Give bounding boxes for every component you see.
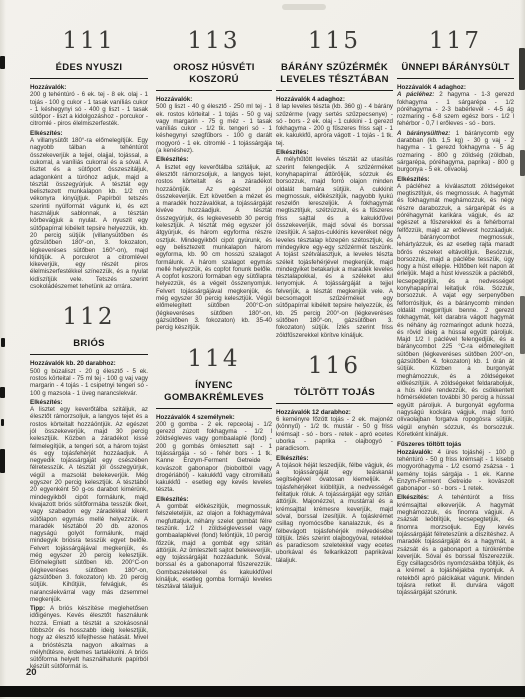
tip-label: Tipp: (30, 605, 45, 612)
recipe-111: 111 ÉDES NYUSZI Hozzávalók: 200 g tehént… (30, 28, 148, 290)
scan-artifact (0, 56, 5, 69)
recipe-title-111: ÉDES NYUSZI (30, 62, 148, 79)
method-label: Elkészítés: (30, 399, 148, 406)
recipe-title-116: TÖLTÖTT TOJÁS (276, 387, 393, 404)
subrecipe-method: Elkészítés: A tehéntúrót a friss krémsaj… (397, 494, 514, 596)
ingredients-roast: A báránysülthez: 1 báránycomb egy darabb… (397, 130, 514, 174)
method-label: Elkészítés: (276, 455, 393, 462)
ingredients-text: 6 keményre főzött tojás - 2 ek. majonéz … (276, 416, 393, 452)
recipe-116: 116 TÖLTÖTT TOJÁS Hozzávalók 12 darabhoz… (276, 353, 393, 564)
method-label: Elkészítés: (276, 149, 393, 156)
recipe-title-113: OROSZ HÚSVÉTI KOSZORÚ (156, 62, 272, 91)
recipe-number-111: 111 (30, 28, 148, 54)
method-label: Elkészítés: (156, 156, 272, 163)
scan-edge-left (0, 0, 6, 699)
ingredients-label: Hozzávalók kb. 20 darabhoz: (30, 360, 148, 367)
scanned-cookbook-page: 111 ÉDES NYUSZI Hozzávalók: 200 g tehént… (0, 0, 525, 699)
ingredients-label: Hozzávalók 4 adaghoz: (276, 96, 393, 103)
ingredients-label: Hozzávalók 4 adaghoz: (397, 84, 514, 91)
ingredients-text: 500 g liszt - 40 g élesztő - 250 ml tej … (156, 103, 272, 154)
roast-label: A báránysülthez: (397, 130, 450, 137)
recipe-number-115: 115 (276, 28, 393, 54)
ingredients-text: 8 lap leveles tészta (kb. 360 g) - 4 bár… (276, 103, 393, 147)
method-text: A mélyhűtött leveles tésztát az utasítás… (276, 156, 393, 338)
method-text: A pácléhez a kiválasztott zöldségeket me… (397, 183, 514, 438)
scan-artifact (519, 48, 525, 90)
scan-artifact (520, 296, 525, 354)
method-text: A tojások héját leszedjük, félbe vágjuk,… (276, 462, 393, 564)
recipe-112: 112 BRIÓS Hozzávalók kb. 20 darabhoz: 50… (30, 304, 148, 670)
column-4: 117 ÜNNEPI BÁRÁNYSÜLT Hozzávalók 4 adagh… (397, 0, 514, 599)
scan-artifact (0, 387, 5, 398)
ingredients-text: 500 g búzaliszt - 20 g élesztő - 5 ek. r… (30, 368, 148, 397)
ingredients-label: Hozzávalók: (156, 96, 272, 103)
recipe-title-117: ÜNNEPI BÁRÁNYSÜLT (397, 62, 514, 79)
method-label: Elkészítés: (156, 496, 272, 503)
recipe-number-117: 117 (397, 28, 514, 54)
recipe-number-116: 116 (276, 353, 393, 379)
scan-artifact (1, 419, 4, 426)
scan-artifact (520, 150, 525, 176)
column-2: 113 OROSZ HÚSVÉTI KOSZORÚ Hozzávalók: 50… (156, 0, 272, 593)
recipe-113: 113 OROSZ HÚSVÉTI KOSZORÚ Hozzávalók: 50… (156, 28, 272, 332)
subrecipe-method-label: Elkészítés: (397, 494, 429, 501)
ingredients-text: 200 g gomba - 2 ek. repceolaj - 1/2 gere… (156, 421, 272, 494)
recipe-title-115: BÁRÁNY SZŰZÉRMÉK LEVELES TÉSZTÁBAN (276, 62, 393, 91)
ingredients-label: Hozzávalók 12 darabhoz: (276, 409, 393, 416)
scan-artifact (0, 449, 5, 473)
recipe-114: 114 ÍNYENC GOMBAKRÉMLEVES Hozzávalók 4 s… (156, 346, 272, 591)
column-1: 111 ÉDES NYUSZI Hozzávalók: 200 g tehént… (30, 0, 148, 673)
tip-text: Tipp: A briós készítése meglehetősen idő… (30, 605, 148, 671)
ingredients-label: Hozzávalók 4 személynek: (156, 414, 272, 421)
recipe-number-113: 113 (156, 28, 272, 54)
method-label: Elkészítés: (397, 176, 514, 183)
ingredients-marinade: A pácléhez: 2 hagyma - 1-3 gerezd fokhag… (397, 91, 514, 127)
scan-bottom-bar (0, 686, 525, 697)
method-text: A lisztet egy keverőtálba szitáljuk, az … (30, 406, 148, 603)
recipe-117: 117 ÜNNEPI BÁRÁNYSÜLT Hozzávalók 4 adagh… (397, 28, 514, 597)
method-label: Elkészítés: (30, 130, 148, 137)
recipe-title-114: ÍNYENC GOMBAKRÉMLEVES (156, 380, 272, 409)
recipe-title-112: BRIÓS (30, 338, 148, 355)
scan-artifact (1, 338, 5, 347)
marinade-label: A pácléhez: (397, 91, 434, 98)
ingredients-label: Hozzávalók: (30, 84, 148, 91)
subrecipe-title: Fűszeres töltött tojás (397, 441, 514, 448)
recipe-number-112: 112 (30, 304, 148, 330)
recipe-115: 115 BÁRÁNY SZŰZÉRMÉK LEVELES TÉSZTÁBAN H… (276, 28, 393, 339)
method-text: A gombát előkészítjük, megmossuk, felsze… (156, 503, 272, 591)
subrecipe-ingredients-label: Hozzávalók: (397, 449, 433, 456)
method-text: A lisztet egy keverőtálba szitáljuk, az … (156, 164, 272, 332)
page-number: 20 (26, 667, 37, 678)
subrecipe-ingredients: Hozzávalók: 4 üres tojáshéj - 100 g tehé… (397, 449, 514, 493)
method-text: A villanysütőt 180°-ra előmelegítjük. Eg… (30, 137, 148, 290)
column-3: 115 BÁRÁNY SZŰZÉRMÉK LEVELES TÉSZTÁBAN H… (276, 0, 393, 566)
recipe-number-114: 114 (156, 346, 272, 372)
ingredients-text: 200 g tehéntúró - 6 ek. tej - 8 ek. olaj… (30, 91, 148, 127)
